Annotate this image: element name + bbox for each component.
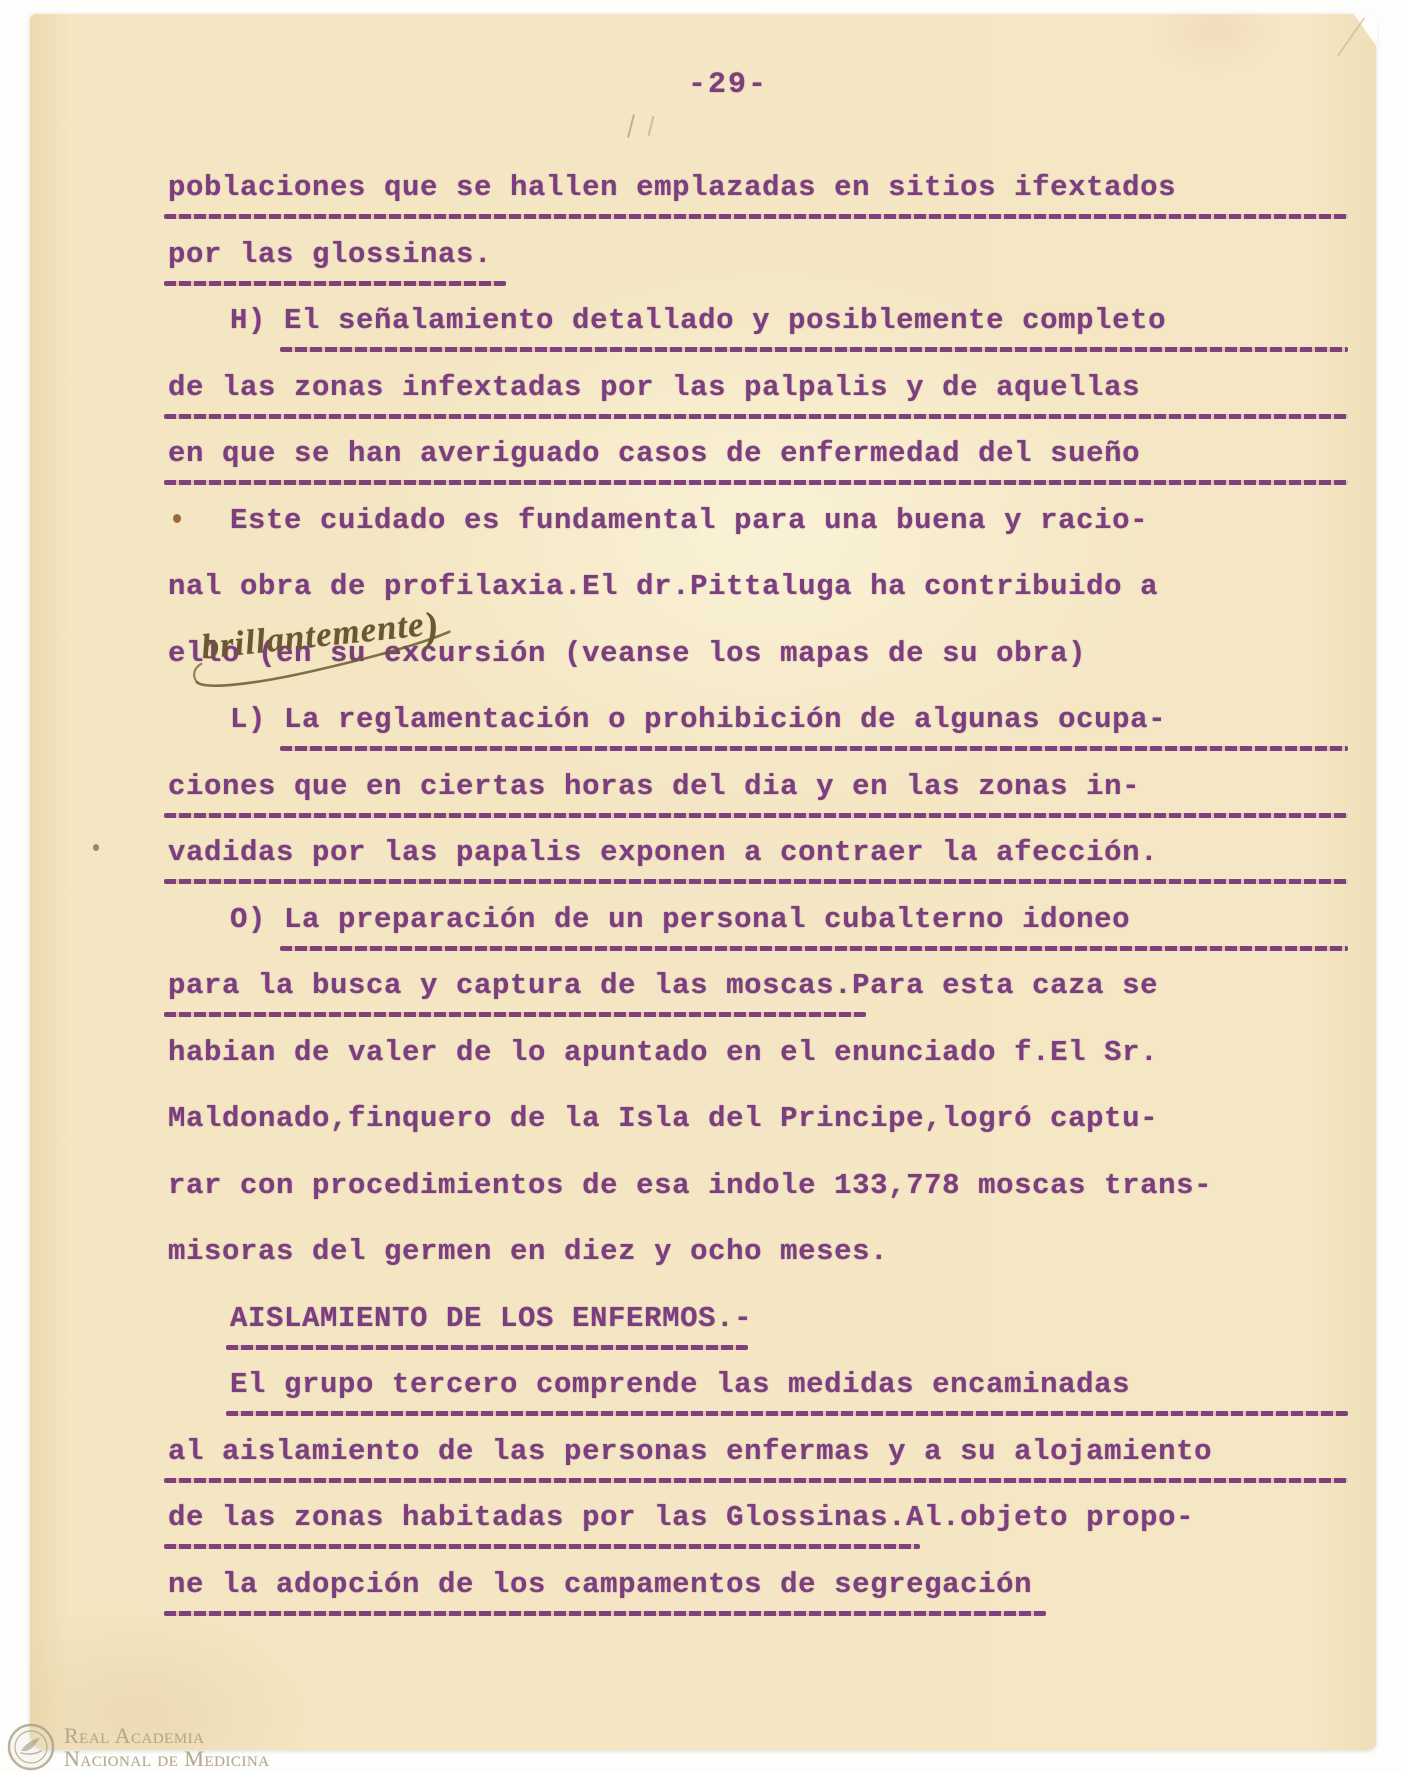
text-line: por las glossinas. — [168, 238, 1348, 305]
text-line: H) El señalamiento detallado y posibleme… — [168, 304, 1348, 371]
text-line: O) La preparación de un personal cubalte… — [168, 903, 1348, 970]
line-underlined-text: La preparación de un personal cubalterno… — [284, 903, 1348, 937]
line-plain-text: nal obra de profilaxia.El dr.Pittaluga h… — [168, 570, 1158, 604]
line-underlined-text: de las zonas infextadas por las palpalis… — [168, 371, 1348, 405]
text-line: misoras del germen en diez y ocho meses. — [168, 1235, 1348, 1302]
line-underlined-text: La reglamentación o prohibición de algun… — [284, 703, 1348, 737]
line-underlined-text: para la busca y captura de las moscas. — [168, 969, 852, 1003]
text-line: Este cuidado es fundamental para una bue… — [168, 504, 1348, 571]
document-page: -29- poblaciones que se hallen emplazada… — [30, 14, 1376, 1750]
line-underlined-text: ciones que en ciertas horas del dia y en… — [168, 770, 1348, 804]
text-line: AISLAMIENTO DE LOS ENFERMOS.- — [168, 1302, 1348, 1369]
text-line: rar con procedimientos de esa indole 133… — [168, 1169, 1348, 1236]
line-prefix: L) — [230, 703, 284, 737]
line-prefix: H) — [230, 304, 284, 338]
text-line: ne la adopción de los campamentos de seg… — [168, 1568, 1348, 1635]
line-underlined-text: El grupo tercero comprende las medidas e… — [230, 1368, 1348, 1402]
line-underlined-text: vadidas por las papalis exponen a contra… — [168, 836, 1348, 870]
line-underlined-text: poblaciones que se hallen emplazadas en … — [168, 171, 1348, 205]
line-underlined-text: AISLAMIENTO DE LOS ENFERMOS. — [230, 1302, 734, 1336]
line-underlined-text: El señalamiento detallado y posiblemente… — [284, 304, 1348, 338]
text-line: habian de valer de lo apuntado en el enu… — [168, 1036, 1348, 1103]
line-plain-text: rar con procedimientos de esa indole 133… — [168, 1169, 1212, 1203]
text-line: en que se han averiguado casos de enferm… — [168, 437, 1348, 504]
academy-seal-icon — [6, 1722, 56, 1772]
line-plain-text: Maldonado,finquero de la Isla del Princi… — [168, 1102, 1158, 1136]
pencil-mark — [627, 114, 635, 138]
text-line: El grupo tercero comprende las medidas e… — [168, 1368, 1348, 1435]
line-underlined-text: ne la adopción de los campamentos de seg… — [168, 1568, 1032, 1602]
text-line: de las zonas habitadas por las Glossinas… — [168, 1501, 1348, 1568]
line-underlined-text: por las glossinas. — [168, 238, 492, 272]
line-tail: Al.objeto propo- — [906, 1501, 1194, 1535]
line-underlined-text: en que se han averiguado casos de enferm… — [168, 437, 1348, 471]
text-line: vadidas por las papalis exponen a contra… — [168, 836, 1348, 903]
page-number: -29- — [55, 68, 1401, 102]
text-line: poblaciones que se hallen emplazadas en … — [168, 171, 1348, 238]
line-underlined-text: al aislamiento de las personas enfermas … — [168, 1435, 1348, 1469]
line-tail: - — [734, 1302, 752, 1336]
pencil-mark — [648, 116, 655, 136]
text-line: Maldonado,finquero de la Isla del Princi… — [168, 1102, 1348, 1169]
line-underlined-text: de las zonas habitadas por las Glossinas… — [168, 1501, 906, 1535]
text-line: ciones que en ciertas horas del dia y en… — [168, 770, 1348, 837]
typewritten-text: poblaciones que se hallen emplazadas en … — [168, 171, 1348, 1634]
text-line: de las zonas infextadas por las palpalis… — [168, 371, 1348, 438]
line-tail: Para esta caza se — [852, 969, 1158, 1003]
text-line: al aislamiento de las personas enfermas … — [168, 1435, 1348, 1502]
text-line: para la busca y captura de las moscas.Pa… — [168, 969, 1348, 1036]
line-plain-text: habian de valer de lo apuntado en el enu… — [168, 1036, 1158, 1070]
line-prefix: O) — [230, 903, 284, 937]
watermark: Real Academia Nacional de Medicina — [6, 1722, 270, 1772]
watermark-line2: Nacional de Medicina — [64, 1747, 270, 1770]
watermark-line1: Real Academia — [64, 1724, 270, 1747]
line-plain-text: Este cuidado es fundamental para una bue… — [230, 504, 1148, 538]
ink-speck — [93, 844, 99, 851]
text-line: L) La reglamentación o prohibición de al… — [168, 703, 1348, 770]
line-plain-text: misoras del germen en diez y ocho meses. — [168, 1235, 888, 1269]
